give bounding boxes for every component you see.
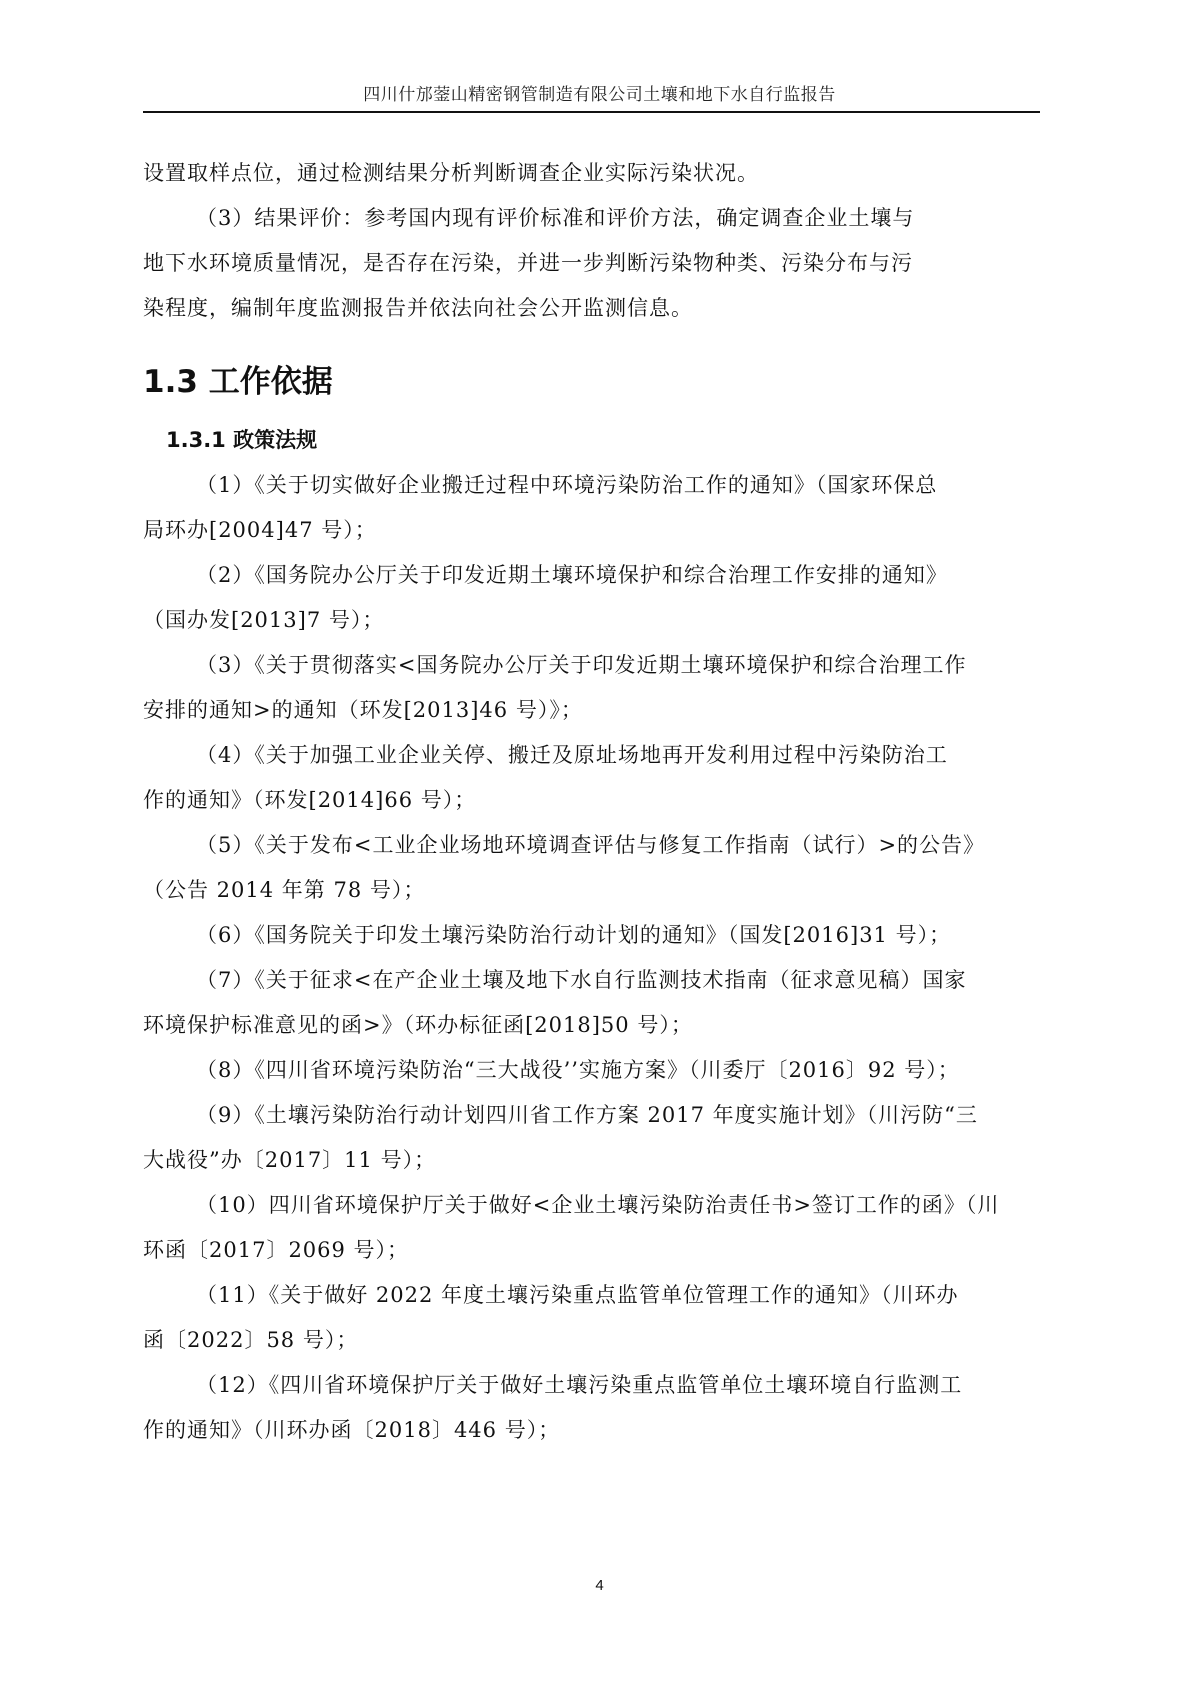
policy-item-6-line-1: （6）《国务院关于印发土壤污染防治行动计划的通知》（国发[2016]31 号）；	[196, 920, 1096, 950]
page-number: 4	[0, 1577, 1199, 1594]
policy-item-4-line-1: （4）《关于加强工业企业关停、搬迁及原址场地再开发利用过程中污染防治工	[196, 740, 1096, 770]
policy-item-1-line-1: （1）《关于切实做好企业搬迁过程中环境污染防治工作的通知》（国家环保总	[196, 470, 1096, 500]
section-heading: 1.3 工作依据	[143, 362, 333, 402]
policy-item-9-line-2: 大战役”办〔2017〕11 号）；	[143, 1145, 1043, 1175]
policy-item-7-line-1: （7）《关于征求<在产企业土壤及地下水自行监测技术指南（征求意见稿）国家	[196, 965, 1096, 995]
policy-item-4-line-2: 作的通知》（环发[2014]66 号）；	[143, 785, 1043, 815]
document-page: 四川什邡蓥山精密钢管制造有限公司土壤和地下水自行监报告 设置取样点位，通过检测结…	[0, 0, 1199, 1696]
intro-line-2: （3）结果评价：参考国内现有评价标准和评价方法，确定调查企业土壤与	[196, 203, 1096, 233]
intro-line-3: 地下水环境质量情况，是否存在污染，并进一步判断污染物种类、污染分布与污	[143, 248, 1043, 278]
policy-item-3-line-2: 安排的通知>的通知（环发[2013]46 号）》；	[143, 695, 1043, 725]
policy-item-12-line-1: （12）《四川省环境保护厅关于做好土壤污染重点监管单位土壤环境自行监测工	[196, 1370, 1096, 1400]
header-divider	[143, 111, 1040, 113]
policy-item-10-line-2: 环函〔2017〕2069 号）；	[143, 1235, 1043, 1265]
policy-item-12-line-2: 作的通知》（川环办函〔2018〕446 号）；	[143, 1415, 1043, 1445]
policy-item-8-line-1: （8）《四川省环境污染防治“三大战役’’实施方案》（川委厅〔2016〕92 号）…	[196, 1055, 1096, 1085]
intro-line-1: 设置取样点位，通过检测结果分析判断调查企业实际污染状况。	[143, 158, 1043, 188]
policy-item-1-line-2: 局环办[2004]47 号）；	[143, 515, 1043, 545]
policy-item-2-line-1: （2）《国务院办公厅关于印发近期土壤环境保护和综合治理工作安排的通知》	[196, 560, 1096, 590]
policy-item-11-line-1: （11）《关于做好 2022 年度土壤污染重点监管单位管理工作的通知》（川环办	[196, 1280, 1096, 1310]
policy-item-10-line-1: （10）四川省环境保护厅关于做好<企业土壤污染防治责任书>签订工作的函》（川	[196, 1190, 1096, 1220]
policy-item-5-line-1: （5）《关于发布<工业企业场地环境调查评估与修复工作指南（试行）>的公告》	[196, 830, 1096, 860]
policy-item-5-line-2: （公告 2014 年第 78 号）；	[143, 875, 1043, 905]
policy-item-7-line-2: 环境保护标准意见的函>》（环办标征函[2018]50 号）；	[143, 1010, 1043, 1040]
intro-line-4: 染程度，编制年度监测报告并依法向社会公开监测信息。	[143, 293, 1043, 323]
policy-item-9-line-1: （9）《土壤污染防治行动计划四川省工作方案 2017 年度实施计划》（川污防“三	[196, 1100, 1096, 1130]
policy-item-2-line-2: （国办发[2013]7 号）；	[143, 605, 1043, 635]
page-header-title: 四川什邡蓥山精密钢管制造有限公司土壤和地下水自行监报告	[0, 80, 1199, 105]
policy-item-11-line-2: 函〔2022〕58 号）；	[143, 1325, 1043, 1355]
subsection-heading: 1.3.1 政策法规	[166, 425, 317, 455]
policy-item-3-line-1: （3）《关于贯彻落实<国务院办公厅关于印发近期土壤环境保护和综合治理工作	[196, 650, 1096, 680]
